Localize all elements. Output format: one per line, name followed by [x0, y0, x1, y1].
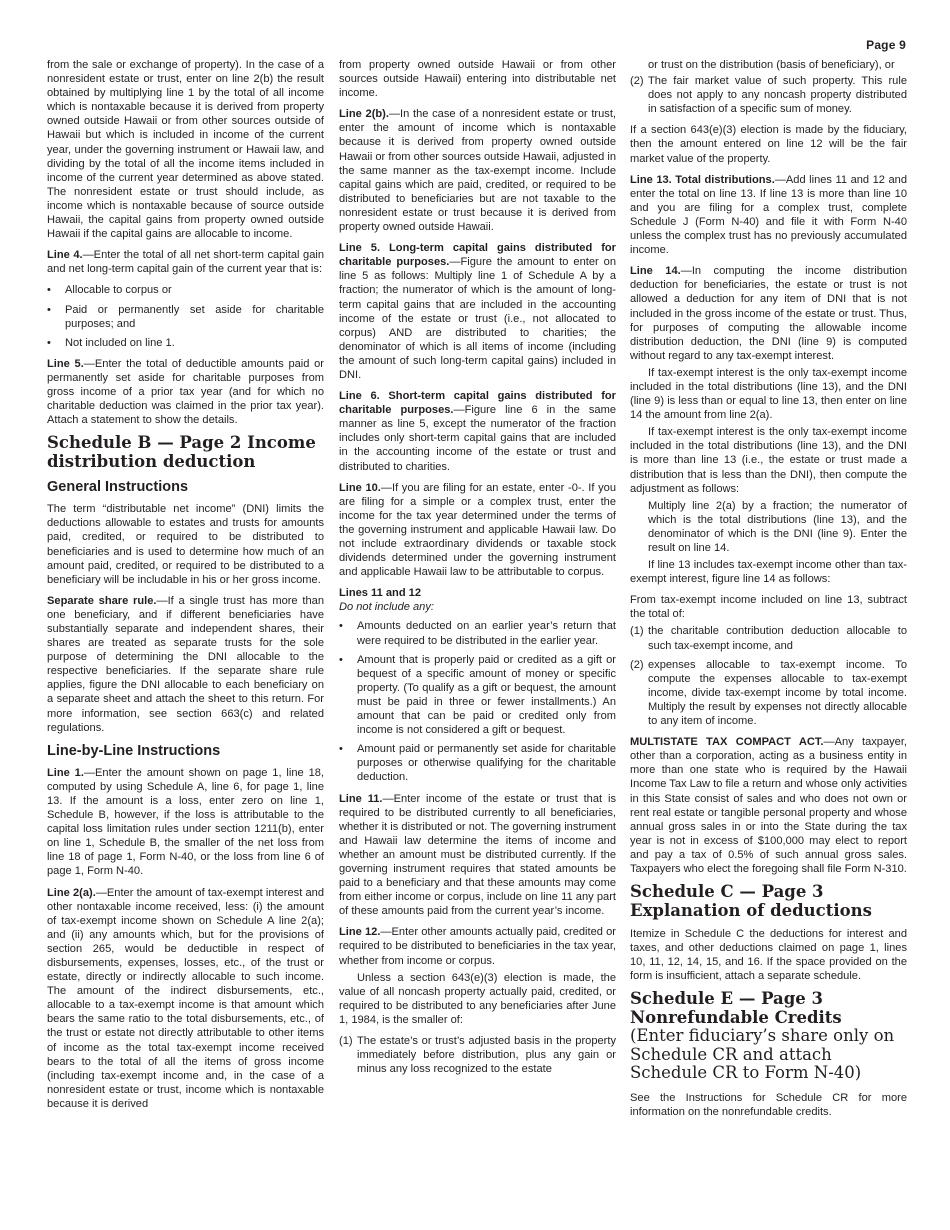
list-item-text: expenses allocable to tax-exempt income.… [648, 659, 907, 727]
schedule-e-heading: Schedule E — Page 3 Nonrefundable Credit… [630, 989, 842, 1027]
separate-share-text: —If a single trust has more than one ben… [47, 595, 324, 734]
line2a-paragraph: Line 2(a).—Enter the amount of tax-exemp… [47, 886, 324, 1112]
list-item-number: (2) [630, 658, 644, 672]
list-item: Not included on line 1. [47, 336, 324, 350]
list-item: Amount paid or permanently set aside for… [339, 742, 616, 784]
line13-label: Line 13. Total distributions. [630, 174, 775, 186]
line14-numbered-list: (1)the charitable contribution deduction… [630, 624, 907, 728]
line14-paragraph-4: Multiply line 2(a) by a fraction; the nu… [630, 499, 907, 555]
line13-paragraph: Line 13. Total distributions.—Add lines … [630, 173, 907, 258]
list-item-continuation: or trust on the distribution (basis of b… [630, 58, 907, 72]
line2a-continuation: from property owned outside Hawaii or fr… [339, 58, 616, 100]
line14-paragraph-2: If tax-exempt interest is the only tax-e… [630, 366, 907, 422]
line14-text: —In computing the income distribution de… [630, 265, 907, 362]
column-right: or trust on the distribution (basis of b… [630, 58, 907, 1126]
schedule-e-subheading: (Enter fiduciary’s share only on Schedul… [630, 1027, 907, 1083]
line12-numbered-list-cont: (2)The fair market value of such propert… [630, 74, 907, 116]
line10-paragraph: Line 10.—If you are filing for an estate… [339, 481, 616, 580]
line2b-paragraph: Line 2(b).—In the case of a nonresident … [339, 107, 616, 234]
lines-11-12-subheading: Do not include any: [339, 600, 616, 614]
line11-text: —Enter income of the estate or trust tha… [339, 793, 616, 918]
line5-longterm-paragraph: Line 5. Long-term capital gains distribu… [339, 241, 616, 382]
list-item-text: The fair market value of such property. … [648, 75, 907, 115]
line2b-label: Line 2(b). [339, 108, 389, 120]
list-item: Allocable to corpus or [47, 283, 324, 297]
line2a-text: —Enter the amount of tax-exempt interest… [47, 887, 324, 1110]
schedule-e-heading-block: Schedule E — Page 3 Nonrefundable Credit… [630, 990, 907, 1083]
line10-label: Line 10. [339, 482, 381, 494]
column-middle: from property owned outside Hawaii or fr… [339, 58, 616, 1083]
column-left: from the sale or exchange of property). … [47, 58, 324, 1118]
list-item-text: the charitable contribution deduction al… [648, 625, 907, 651]
line1-label: Line 1. [47, 767, 84, 779]
dni-paragraph: The term “distributable net income” (DNI… [47, 502, 324, 587]
line-by-line-heading: Line-by-Line Instructions [47, 742, 324, 760]
separate-share-label: Separate share rule. [47, 595, 156, 607]
line2b-text: —In the case of a nonresident estate or … [339, 108, 616, 233]
multistate-paragraph: MULTISTATE TAX COMPACT ACT.—Any taxpayer… [630, 735, 907, 876]
line4-label: Line 4. [47, 249, 83, 261]
list-item: (1)the charitable contribution deduction… [630, 624, 907, 652]
line14-paragraph-5: If line 13 includes tax-exempt income ot… [630, 558, 907, 586]
line12-text: —Enter other amounts actually paid, cred… [339, 926, 616, 966]
page-number: Page 9 [866, 38, 906, 52]
line12-election-paragraph: Unless a section 643(e)(3) election is m… [339, 971, 616, 1027]
line2a-label: Line 2(a). [47, 887, 96, 899]
line1-text: —Enter the amount shown on page 1, line … [47, 767, 324, 878]
list-item: Paid or permanently set aside for charit… [47, 303, 324, 331]
line12-label: Line 12. [339, 926, 380, 938]
line4-text: —Enter the total of all net short-term c… [47, 249, 324, 275]
line14-paragraph-3: If tax-exempt interest is the only tax-e… [630, 425, 907, 495]
schedule-e-paragraph: See the Instructions for Schedule CR for… [630, 1091, 907, 1119]
list-item: Amounts deducted on an earlier year’s re… [339, 619, 616, 647]
line12-numbered-list: (1)The estate’s or trust’s adjusted basi… [339, 1034, 616, 1076]
line5-text: —Enter the total of deductible amounts p… [47, 358, 324, 426]
list-item-number: (2) [630, 74, 644, 88]
line11-paragraph: Line 11.—Enter income of the estate or t… [339, 792, 616, 919]
lines-11-12-heading: Lines 11 and 12 [339, 586, 616, 600]
list-item-number: (1) [630, 624, 644, 638]
line13-text: —Add lines 11 and 12 and enter the total… [630, 174, 907, 256]
line5-label: Line 5. [47, 358, 84, 370]
line14-paragraph-6: From tax-exempt income included on line … [630, 593, 907, 621]
line4-bullet-list: Allocable to corpus or Paid or permanent… [47, 283, 324, 349]
line10-text: —If you are filing for an estate, enter … [339, 482, 616, 579]
line11-label: Line 11. [339, 793, 383, 805]
line2b-continuation: from the sale or exchange of property). … [47, 58, 324, 241]
general-instructions-heading: General Instructions [47, 478, 324, 496]
lines-11-12-bullet-list: Amounts deducted on an earlier year’s re… [339, 619, 616, 784]
line14-label: Line 14. [630, 265, 681, 277]
list-item: (1)The estate’s or trust’s adjusted basi… [339, 1034, 616, 1076]
separate-share-paragraph: Separate share rule.—If a single trust h… [47, 594, 324, 735]
multistate-label: MULTISTATE TAX COMPACT ACT. [630, 736, 824, 748]
list-item: (2)The fair market value of such propert… [630, 74, 907, 116]
list-item: (2)expenses allocable to tax-exempt inco… [630, 658, 907, 728]
list-item-number: (1) [339, 1034, 353, 1048]
election-paragraph: If a section 643(e)(3) election is made … [630, 123, 907, 165]
line4-paragraph: Line 4.—Enter the total of all net short… [47, 248, 324, 276]
line1-paragraph: Line 1.—Enter the amount shown on page 1… [47, 766, 324, 879]
line6-shortterm-paragraph: Line 6. Short-term capital gains distrib… [339, 389, 616, 474]
list-item: Amount that is properly paid or credited… [339, 653, 616, 738]
schedule-c-paragraph: Itemize in Schedule C the deductions for… [630, 927, 907, 983]
schedule-b-heading: Schedule B — Page 2 Income distribution … [47, 434, 324, 471]
schedule-c-heading: Schedule C — Page 3 Explanation of deduc… [630, 883, 907, 920]
line14-paragraph: Line 14.—In computing the income distrib… [630, 264, 907, 363]
line12-paragraph: Line 12.—Enter other amounts actually pa… [339, 925, 616, 967]
line5-longterm-text: —Figure the amount to enter on line 5 as… [339, 256, 616, 381]
line5-paragraph: Line 5.—Enter the total of deductible am… [47, 357, 324, 427]
multistate-text: —Any taxpayer, other than a corporation,… [630, 736, 907, 875]
list-item-text: The estate’s or trust’s adjusted basis i… [357, 1035, 616, 1075]
